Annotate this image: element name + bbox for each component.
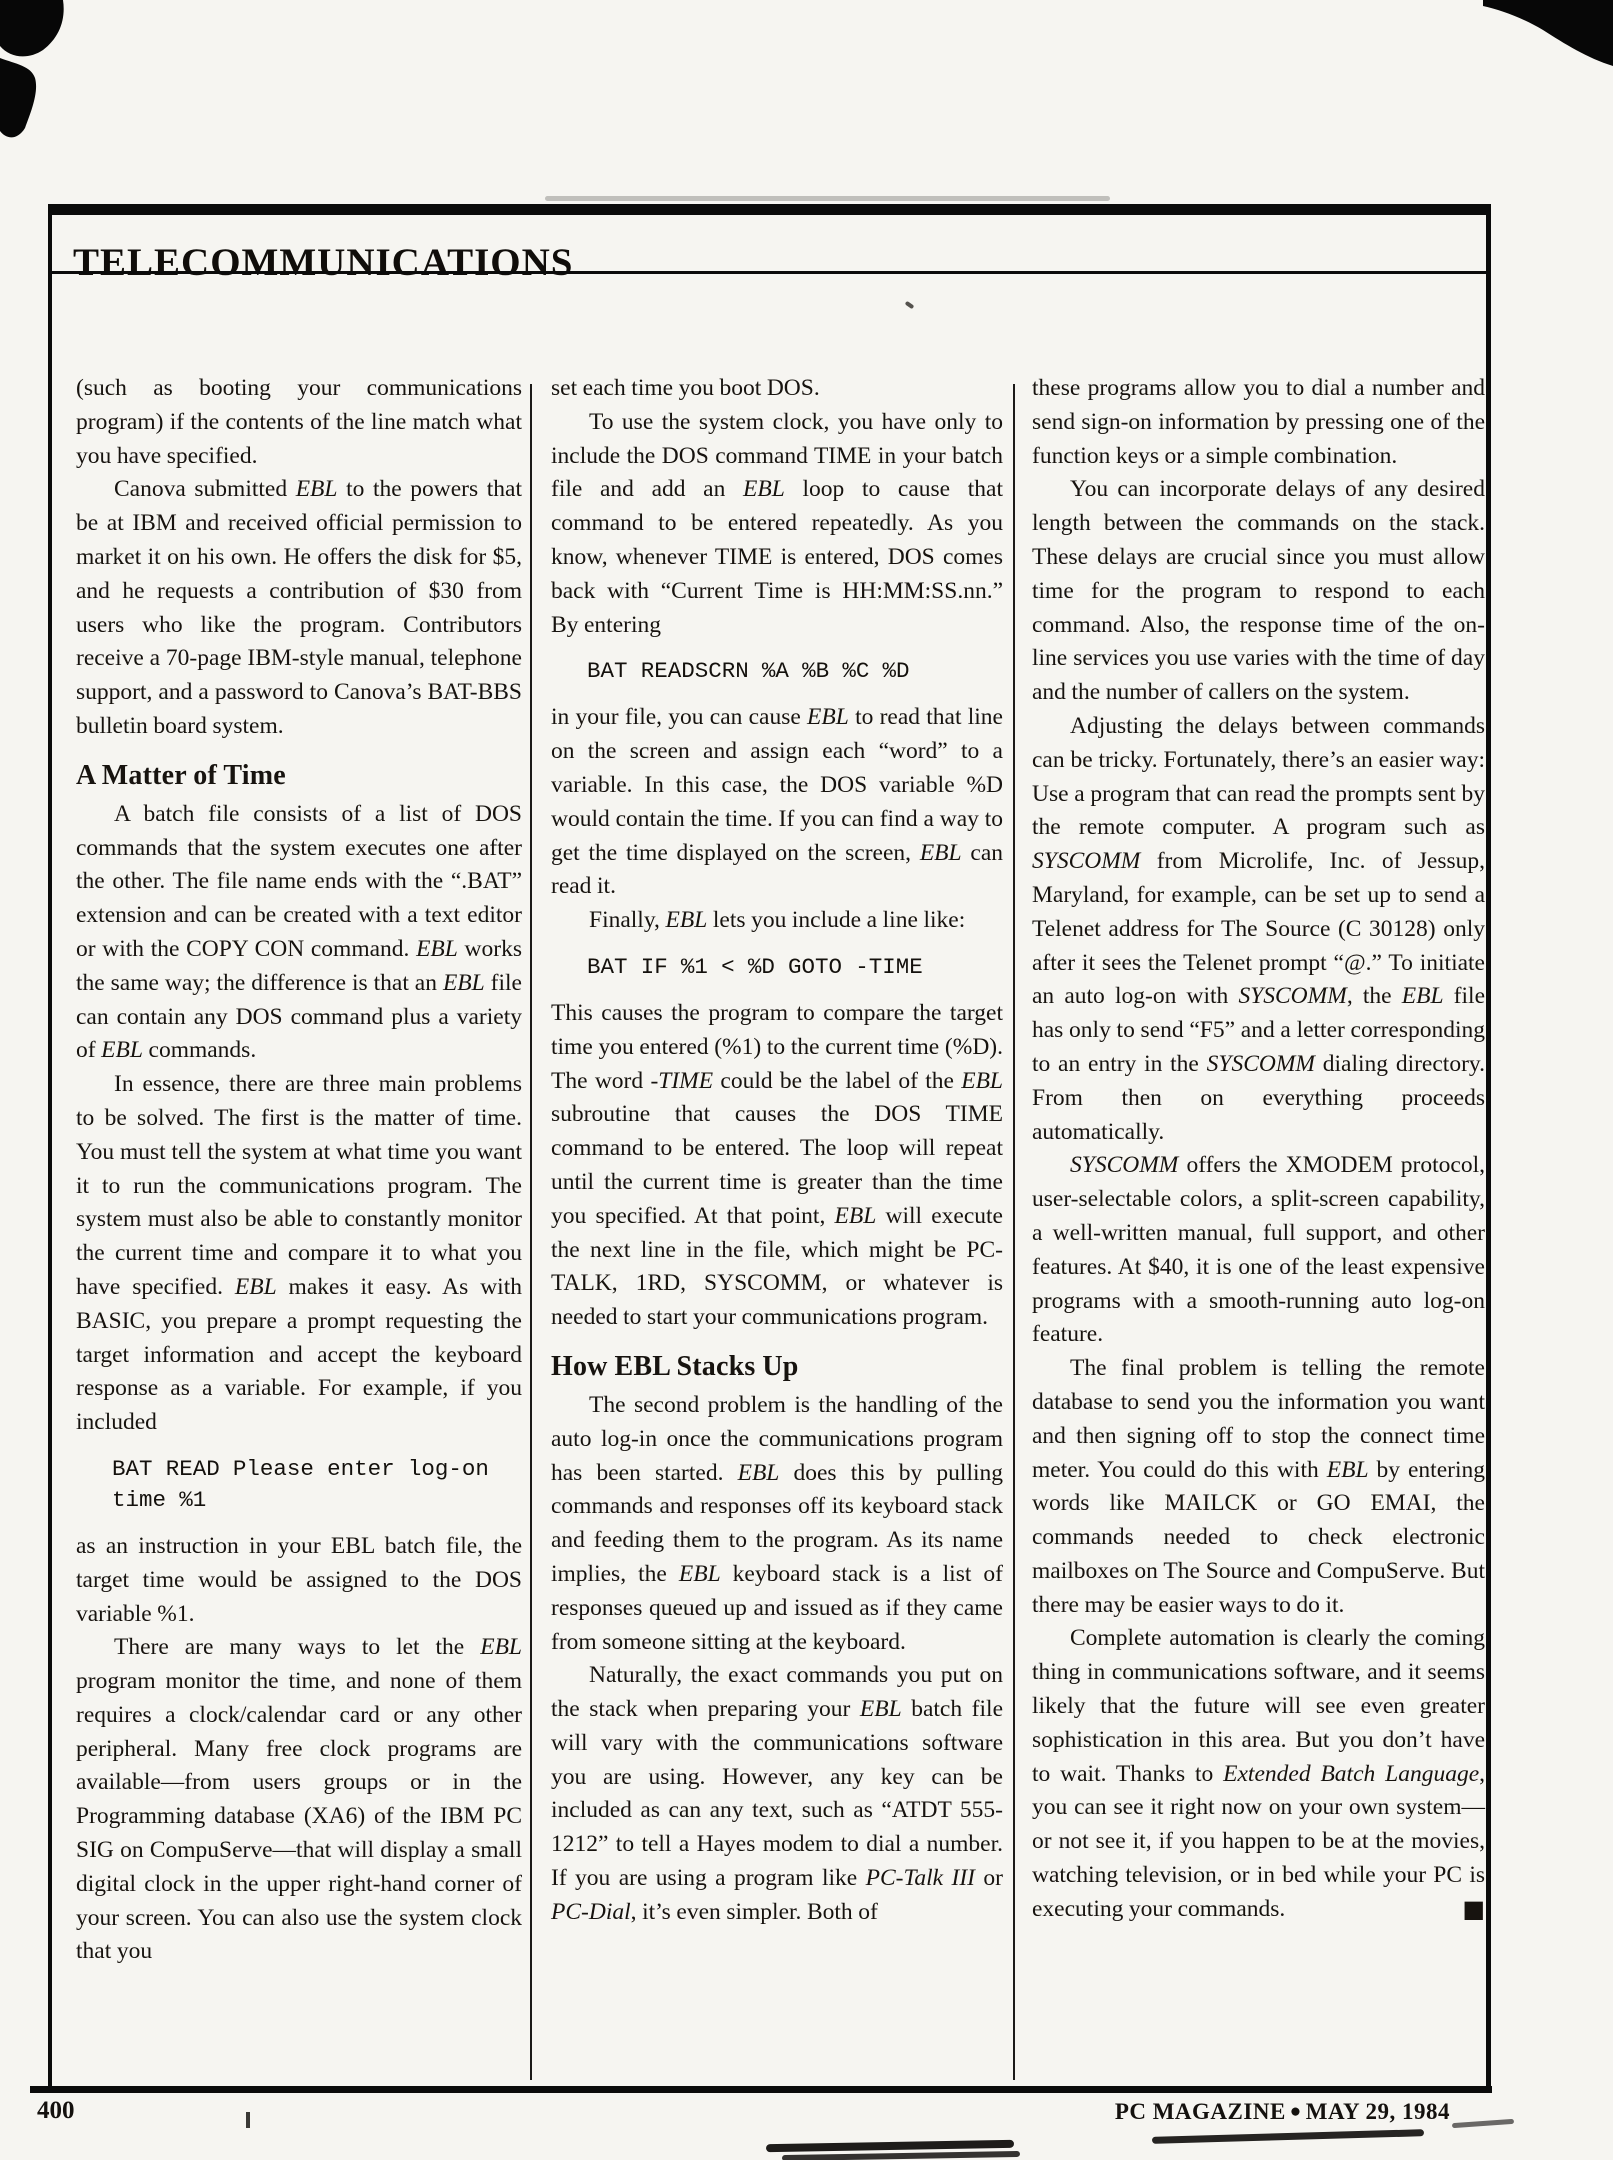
code-block: BAT IF %1 < %D GOTO -TIME: [587, 952, 1003, 983]
paragraph: Adjusting the delays between commands ca…: [1032, 710, 1485, 1149]
end-of-article-marker: ■: [1424, 1893, 1485, 1927]
frame-right-border: [1486, 204, 1491, 2093]
section-title: TELECOMMUNICATIONS: [73, 240, 574, 285]
article-column-2: set each time you boot DOS.To use the sy…: [551, 372, 1003, 1930]
page-number: 400: [37, 2097, 75, 2125]
scan-smudge-bottom: [1152, 2129, 1424, 2144]
article-column-3: these programs allow you to dial a numbe…: [1032, 372, 1485, 1927]
frame-bottom-rule: [30, 2086, 1492, 2093]
footer-magazine-date: PC MAGAZINE●MAY 29, 1984: [1115, 2099, 1450, 2125]
section-heading: How EBL Stacks Up: [551, 1350, 1003, 1384]
scan-blob-top-left: [0, 0, 100, 150]
paragraph: Finally, EBL lets you include a line lik…: [551, 904, 1003, 938]
paragraph: (such as booting your communications pro…: [76, 372, 522, 473]
magazine-page: TELECOMMUNICATIONS (such as booting your…: [0, 0, 1613, 2160]
paragraph: these programs allow you to dial a numbe…: [1032, 372, 1485, 473]
paragraph: To use the system clock, you have only t…: [551, 406, 1003, 643]
paragraph: In essence, there are three main problem…: [76, 1068, 522, 1440]
paragraph: as an instruction in your EBL batch file…: [76, 1530, 522, 1631]
code-block: BAT READSCRN %A %B %C %D: [587, 656, 1003, 687]
frame-top-rule: [48, 204, 1490, 215]
paragraph: Complete automation is clearly the comin…: [1032, 1622, 1485, 1926]
section-heading: A Matter of Time: [76, 759, 522, 793]
issue-date: MAY 29, 1984: [1306, 2099, 1450, 2124]
bullet-separator: ●: [1286, 2101, 1306, 2122]
scan-blob-top-right: [1483, 0, 1613, 100]
frame-left-border: [48, 204, 52, 2093]
paragraph: A batch file consists of a list of DOS c…: [76, 798, 522, 1068]
paragraph: SYSCOMM offers the XMODEM protocol, user…: [1032, 1149, 1485, 1352]
column-separator: [1013, 384, 1015, 2080]
article-column-1: (such as booting your communications pro…: [76, 372, 522, 1969]
paragraph: in your file, you can cause EBL to read …: [551, 701, 1003, 904]
paragraph: Canova submitted EBL to the powers that …: [76, 473, 522, 743]
paragraph: set each time you boot DOS.: [551, 372, 1003, 406]
scan-smudge-top: [545, 196, 1110, 201]
header-underline-rule: [48, 271, 1490, 274]
column-separator: [530, 384, 532, 2080]
scan-speck: [905, 301, 915, 309]
paragraph: This causes the program to compare the t…: [551, 997, 1003, 1335]
code-block: BAT READ Please enter log-on time %1: [112, 1454, 522, 1516]
paragraph: The second problem is the handling of th…: [551, 1389, 1003, 1659]
paragraph: The final problem is telling the remote …: [1032, 1352, 1485, 1622]
magazine-name: PC MAGAZINE: [1115, 2099, 1286, 2124]
paragraph: You can incorporate delays of any desire…: [1032, 473, 1485, 710]
paragraph: Naturally, the exact commands you put on…: [551, 1659, 1003, 1929]
scan-smudge-bottom: [766, 2140, 1014, 2152]
scan-tick: [246, 2112, 250, 2128]
paragraph: There are many ways to let the EBL progr…: [76, 1631, 522, 1969]
scan-smudge-bottom: [1452, 2119, 1514, 2128]
scan-smudge-bottom: [782, 2151, 1020, 2160]
